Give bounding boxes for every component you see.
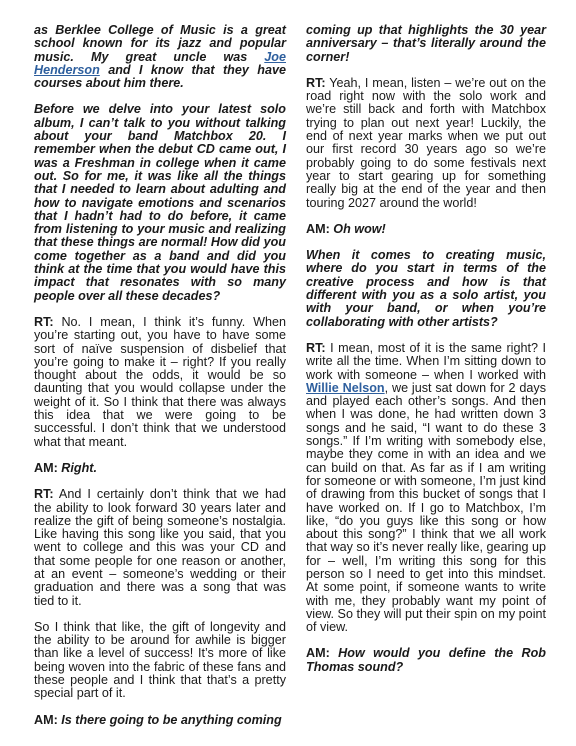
speaker-label: RT:: [34, 315, 54, 329]
question-paragraph: Before we delve into your latest solo al…: [34, 103, 286, 302]
answer-paragraph: RT: No. I mean, I think it’s funny. When…: [34, 316, 286, 449]
interviewer-paragraph: AM: Is there going to be anything coming: [34, 714, 286, 727]
answer-paragraph: RT: I mean, most of it is the same right…: [306, 342, 546, 635]
interviewer-paragraph: AM: Right.: [34, 462, 286, 475]
interviewer-paragraph: AM: How would you define the Rob Thomas …: [306, 647, 546, 674]
answer-paragraph: RT: And I certainly don’t think that we …: [34, 488, 286, 608]
answer-paragraph: So I think that like, the gift of longev…: [34, 621, 286, 701]
question-paragraph: When it comes to creating music, where d…: [306, 249, 546, 329]
speaker-label: AM:: [306, 646, 330, 660]
speaker-label: RT:: [34, 487, 54, 501]
question-paragraph: as Berklee College of Music is a great s…: [34, 24, 286, 90]
speaker-label: RT:: [306, 76, 326, 90]
speaker-label: AM:: [34, 713, 58, 727]
willie-nelson-link[interactable]: Willie Nelson: [306, 381, 385, 395]
question-paragraph: coming up that highlights the 30 year an…: [306, 24, 546, 64]
left-column: as Berklee College of Music is a great s…: [34, 24, 286, 740]
answer-paragraph: RT: Yeah, I mean, listen – we’re out on …: [306, 77, 546, 210]
speaker-label: AM:: [34, 461, 58, 475]
interviewer-paragraph: AM: Oh wow!: [306, 223, 546, 236]
speaker-label: AM:: [306, 222, 330, 236]
right-column: coming up that highlights the 30 year an…: [306, 24, 546, 687]
speaker-label: RT:: [306, 341, 326, 355]
